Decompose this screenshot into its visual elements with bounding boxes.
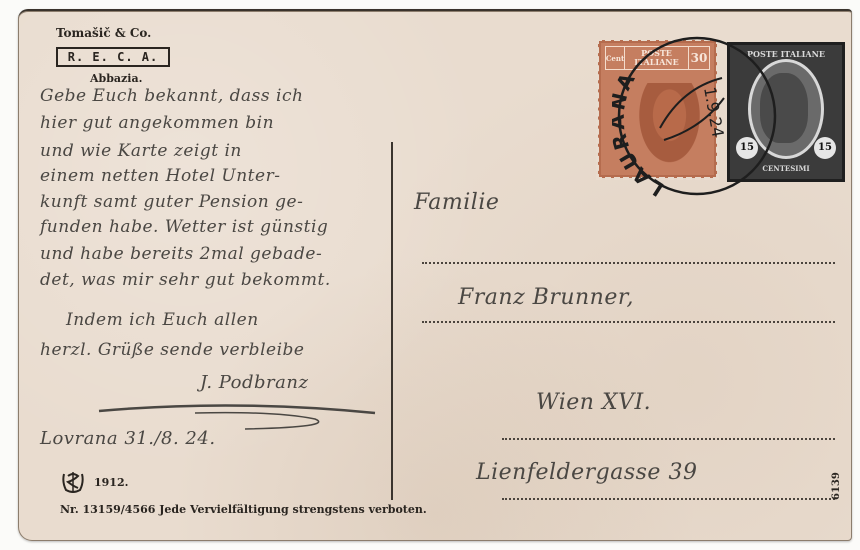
address-line-3: Wien XVI. [536,390,651,415]
signature: J. Podbranz [200,372,308,393]
print-year: 1912. [94,476,128,489]
address-dotted-line [422,321,835,323]
message-line: funden habe. Wetter ist günstig [40,217,328,237]
publisher-mark: R. E. C. A. [56,47,170,67]
message-line: Indem ich Euch allen [66,310,259,330]
message-line: einem netten Hotel Unter- [40,166,280,186]
svg-text:LAURANA: LAURANA [612,67,668,202]
message-line: det, was mir sehr gut bekommt. [40,270,331,290]
address-line-4: Lienfeldergasse 39 [476,460,697,485]
message-line: kunft samt guter Pension ge- [40,192,303,212]
stamp-value: 15 [814,137,836,159]
place-date: Lovrana 31./8. 24. [40,428,216,449]
serial-number: 6139 [831,472,842,500]
svg-text:1.9.24: 1.9.24 [700,85,728,138]
address-dotted-line [502,498,835,500]
message-line: herzl. Grüße sende verbleibe [40,340,304,360]
address-line-1: Familie [414,190,499,215]
address-dotted-line [422,262,835,264]
message-line: Gebe Euch bekannt, dass ich [40,86,303,106]
card-divider [391,142,393,500]
message-line: hier gut angekommen bin [40,113,274,133]
publisher-monogram-icon [60,470,86,494]
postmark-cancellation-icon: LAURANA 1.9.24 [612,28,782,203]
message-line: und wie Karte zeigt in [40,141,242,161]
address-line-2: Franz Brunner, [458,285,634,310]
catalog-line: Nr. 13159/4566 Jede Vervielfältigung str… [60,503,427,516]
address-dotted-line [502,438,835,440]
publisher-place: Abbazia. [90,72,142,85]
message-line: und habe bereits 2mal gebade- [40,244,322,264]
publisher-name: Tomašič & Co. [56,26,151,40]
